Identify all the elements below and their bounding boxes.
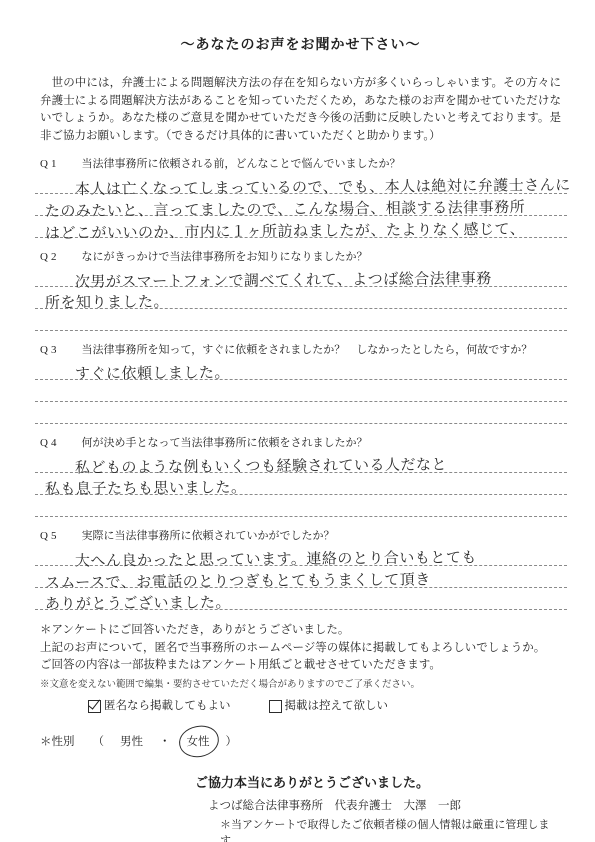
- survey-title: 〜あなたのお声をお聞かせ下さい〜: [40, 34, 561, 54]
- consent-thanks-note: ＊アンケートにご回答いただき，ありがとうございました。: [40, 622, 561, 640]
- gender-row: ＊性別 （ 男性 ・ 女性 ）: [40, 732, 561, 750]
- question-label: Q1: [40, 158, 59, 170]
- consent-option-label: 掲載は控えて欲しい: [285, 698, 389, 716]
- intro-paragraph: 世の中には，弁護士による問題解決方法の存在を知らない方が多くいらっしゃいます。そ…: [40, 75, 561, 145]
- consent-question-line-2: ご回答の内容は一部抜粋またはアンケート用紙ごと載せさせていただきます。: [40, 657, 561, 675]
- consent-question-line-1: 上記のお声について，匿名で当事務所のホームページ等の媒体に掲載してもよろしいでし…: [40, 640, 561, 658]
- answer-line[interactable]: たのみたいと、言ってましたので、こんな場合、相談する法律事務所: [35, 194, 567, 216]
- question-label: Q5: [40, 530, 59, 542]
- answer-line[interactable]: 本人は亡くなってしまっているので、でも、本人は絶対に弁護士さんに: [35, 172, 567, 194]
- question-text: なにがきっかけで当法律事務所をお知りになりましたか？: [81, 251, 367, 263]
- consent-option-no-publish[interactable]: 掲載は控えて欲しい: [269, 698, 389, 716]
- answer-line[interactable]: [35, 309, 567, 331]
- gender-option-male[interactable]: 男性: [118, 732, 145, 750]
- question-text: 当法律事務所に依頼される前，どんなことで悩んでいましたか？: [81, 158, 400, 170]
- consent-option-anonymous-ok[interactable]: 匿名なら掲載してもよい: [88, 698, 231, 716]
- question-label: Q2: [40, 251, 59, 263]
- question-block-3: Q3当法律事務所を知って，すぐに依頼をされましたか？ しなかったとしたら，何故で…: [40, 341, 561, 424]
- question-label: Q3: [40, 344, 59, 356]
- answer-line[interactable]: 私も息子たちも思いました。: [35, 473, 567, 495]
- answer-line[interactable]: 次男がスマートフォンで調べてくれて、よつば総合法律事務: [35, 265, 567, 287]
- question-block-4: Q4何が決め手となって当法律事務所に依頼をされましたか？ 私どものような例もいく…: [40, 434, 561, 517]
- question-block-1: Q1当法律事務所に依頼される前，どんなことで悩んでいましたか？ 本人は亡くなって…: [40, 155, 561, 238]
- answer-line[interactable]: [35, 495, 567, 517]
- consent-section: ＊アンケートにご回答いただき，ありがとうございました。 上記のお声について，匿名…: [40, 622, 561, 716]
- answer-line[interactable]: 大へん良かったと思っています。連絡のとり合いもとても: [35, 544, 567, 566]
- closing-thanks: ご協力本当にありがとうございました。: [195, 772, 561, 791]
- answer-line[interactable]: 所を知りました。: [35, 287, 567, 309]
- answer-line[interactable]: 私どものような例もいくつも経験されている人だなと: [35, 451, 567, 473]
- checkbox-checked-icon[interactable]: [88, 700, 101, 713]
- consent-options: 匿名なら掲載してもよい 掲載は控えて欲しい: [88, 698, 561, 716]
- privacy-note: ＊当アンケートで取得したご依頼者様の個人情報は厳重に管理します。: [220, 816, 561, 842]
- answer-line[interactable]: スムースで、お電話のとりつぎもとてもうまくして頂き: [35, 566, 567, 588]
- gender-label: ＊性別: [40, 733, 75, 749]
- answer-line[interactable]: はどこがいいのか、市内に１ヶ所訪ねましたが、たよりなく感じて、: [35, 216, 567, 238]
- firm-signature: よつば総合法律事務所 代表弁護士 大澤 一郎: [208, 797, 561, 813]
- question-text: 当法律事務所を知って，すぐに依頼をされましたか？ しなかったとしたら，何故ですか…: [81, 344, 532, 356]
- question-text: 実際に当法律事務所に依頼されていかがでしたか？: [81, 530, 334, 542]
- gender-option-female[interactable]: 女性: [185, 732, 212, 750]
- answer-line[interactable]: [35, 380, 567, 402]
- handwritten-answer: はどこがいいのか、市内に１ヶ所訪ねましたが、たよりなく感じて、: [45, 218, 525, 243]
- handwritten-answer: ありがとうございました。: [45, 591, 231, 614]
- question-block-2: Q2なにがきっかけで当法律事務所をお知りになりましたか？ 次男がスマートフォンで…: [40, 248, 561, 331]
- gender-separator: ・: [159, 733, 171, 749]
- answer-line[interactable]: [35, 402, 567, 424]
- consent-edit-note: ※文意を変えない範囲で編集・要約させていただく場合がありますのでご了承ください。: [40, 677, 561, 695]
- question-text: 何が決め手となって当法律事務所に依頼をされましたか？: [81, 437, 367, 449]
- question-label: Q4: [40, 437, 59, 449]
- survey-page: 〜あなたのお声をお聞かせ下さい〜 世の中には，弁護士による問題解決方法の存在を知…: [0, 0, 595, 842]
- open-paren: （: [93, 733, 105, 749]
- close-paren: ）: [226, 733, 238, 749]
- consent-option-label: 匿名なら掲載してもよい: [104, 698, 231, 716]
- answer-line[interactable]: ありがとうございました。: [35, 588, 567, 610]
- checkbox-icon[interactable]: [269, 700, 282, 713]
- question-block-5: Q5実際に当法律事務所に依頼されていかがでしたか？ 大へん良かったと思っています…: [40, 527, 561, 610]
- answer-line[interactable]: すぐに依頼しました。: [35, 358, 567, 380]
